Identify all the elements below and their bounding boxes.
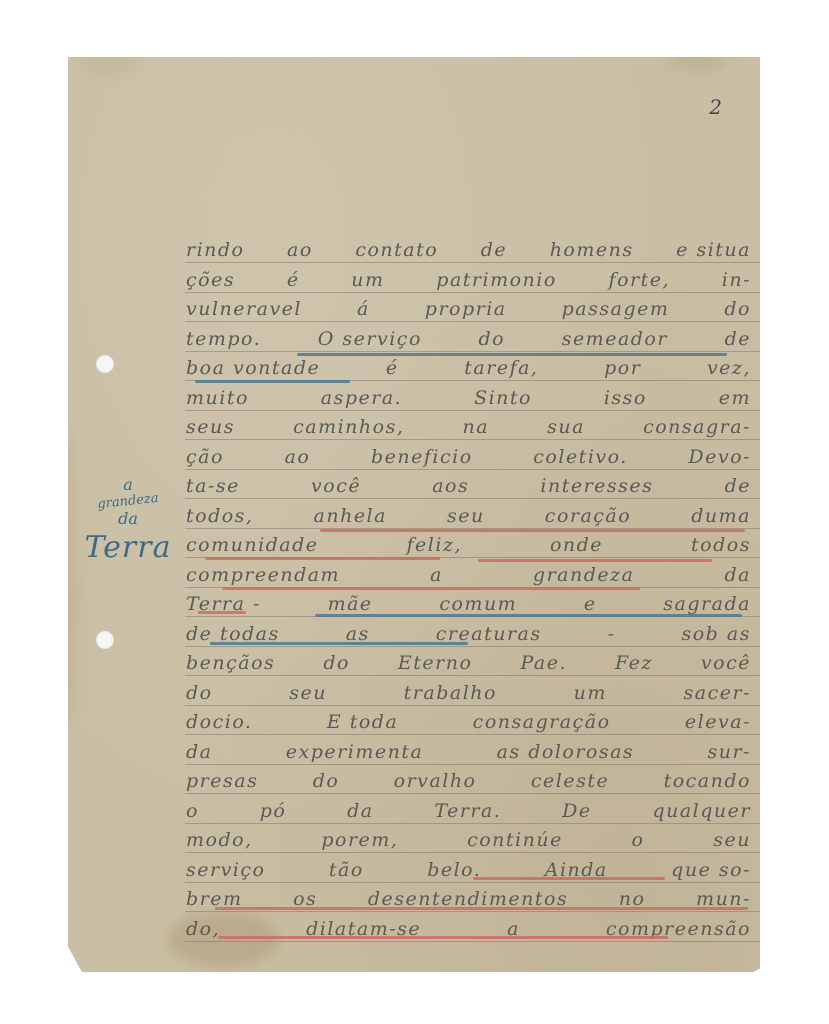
ruled-line <box>185 793 760 794</box>
manuscript-word: que so- <box>671 859 751 881</box>
age-stain <box>78 47 138 77</box>
manuscript-word: da <box>186 741 213 763</box>
manuscript-word: O serviço <box>318 328 422 350</box>
manuscript-word: muito <box>186 387 249 409</box>
manuscript-word: em <box>719 387 751 409</box>
manuscript-word: sur- <box>707 741 751 763</box>
manuscript-word: experimenta <box>286 741 424 763</box>
manuscript-word: bençãos <box>186 652 275 674</box>
manuscript-word: celeste <box>531 770 609 792</box>
manuscript-word: isso <box>604 387 647 409</box>
manuscript-word: Eterno <box>398 652 473 674</box>
punch-hole-bottom <box>96 631 114 649</box>
ruled-line <box>185 882 760 883</box>
manuscript-line: boa vontadeétarefa,porvez, <box>186 357 751 379</box>
manuscript-word: presas <box>186 770 258 792</box>
red-underline <box>215 907 748 910</box>
manuscript-line: bençãosdoEternoPae.Fezvocê <box>186 652 751 674</box>
red-underline <box>205 557 440 560</box>
manuscript-word: do <box>186 682 213 704</box>
manuscript-word: onde <box>550 534 603 556</box>
manuscript-word: tão <box>329 859 364 881</box>
ruled-line <box>185 764 760 765</box>
manuscript-word: boa vontade <box>186 357 320 379</box>
manuscript-word: um <box>574 682 607 704</box>
manuscript-word: tarefa, <box>464 357 538 379</box>
red-underline <box>198 611 246 614</box>
manuscript-line: modo,porem,continúeoseu <box>186 829 751 851</box>
manuscript-word: beneficio <box>371 446 473 468</box>
manuscript-word: é <box>386 357 399 379</box>
manuscript-word: vez, <box>707 357 751 379</box>
manuscript-word: e situa <box>676 239 751 261</box>
red-underline <box>320 529 745 532</box>
manuscript-word: De <box>562 800 591 822</box>
manuscript-word: de <box>481 239 507 261</box>
manuscript-word: patrimonio <box>436 269 557 291</box>
manuscript-word: mãe <box>328 593 373 615</box>
manuscript-word: propria <box>425 298 507 320</box>
manuscript-word: interesses <box>540 475 653 497</box>
manuscript-word: seu <box>289 682 327 704</box>
manuscript-line: opódaTerra.Dequalquer <box>186 800 751 822</box>
manuscript-word: Sinto <box>474 387 532 409</box>
manuscript-word: todos <box>691 534 751 556</box>
manuscript-word: contato <box>355 239 438 261</box>
manuscript-word: anhela <box>314 505 387 527</box>
blue-underline <box>195 380 350 383</box>
manuscript-word: passagem <box>562 298 670 320</box>
manuscript-word: seus <box>186 416 235 438</box>
red-underline <box>473 877 665 880</box>
ruled-line <box>185 646 760 647</box>
manuscript-word: do <box>724 298 751 320</box>
ruled-line <box>185 262 760 263</box>
manuscript-line: docio.E todaconsagraçãoeleva- <box>186 711 751 733</box>
ruled-line <box>185 410 760 411</box>
ruled-line <box>185 734 760 735</box>
manuscript-word: comum <box>439 593 517 615</box>
manuscript-word: coração <box>545 505 631 527</box>
manuscript-word: caminhos, <box>293 416 404 438</box>
manuscript-word: modo, <box>186 829 253 851</box>
manuscript-word: todos, <box>186 505 253 527</box>
manuscript-word: serviço <box>186 859 265 881</box>
age-stain <box>58 427 78 727</box>
manuscript-word: semeador <box>562 328 668 350</box>
manuscript-line: todos,anhelaseucoraçãoduma <box>186 505 751 527</box>
manuscript-word: consagra- <box>643 416 751 438</box>
manuscript-word: feliz, <box>407 534 462 556</box>
manuscript-line: comunidadefeliz,ondetodos <box>186 534 751 556</box>
ruled-line <box>185 321 760 322</box>
red-underline <box>218 936 668 939</box>
ruled-line <box>185 469 760 470</box>
manuscript-word: forte, <box>609 269 670 291</box>
manuscript-word: docio. <box>186 711 252 733</box>
manuscript-word: porem, <box>321 829 398 851</box>
manuscript-word: pó <box>260 800 287 822</box>
manuscript-word: homens <box>550 239 634 261</box>
manuscript-word: do <box>478 328 505 350</box>
manuscript-word: de <box>725 475 751 497</box>
manuscript-word: tocando <box>664 770 751 792</box>
margin-note: a grandeza da Terra <box>78 475 178 565</box>
manuscript-word: ções <box>186 269 235 291</box>
manuscript-word: E toda <box>327 711 398 733</box>
manuscript-word: da <box>347 800 374 822</box>
blue-underline <box>210 642 468 645</box>
manuscript-word: na <box>462 416 489 438</box>
manuscript-line: presasdoorvalhocelestetocando <box>186 770 751 792</box>
manuscript-word: Fez <box>615 652 653 674</box>
manuscript-word: ao <box>285 446 311 468</box>
manuscript-word: do <box>323 652 350 674</box>
manuscript-line: doseutrabalhoumsacer- <box>186 682 751 704</box>
manuscript-line: serviçotãobelo.Aindaque so- <box>186 859 751 881</box>
manuscript-line: rindoaocontatodehomense situa <box>186 239 751 261</box>
manuscript-word: compreendam <box>186 564 340 586</box>
punch-hole-top <box>96 355 114 373</box>
ruled-line <box>185 705 760 706</box>
manuscript-line: compreendamagrandezada <box>186 564 751 586</box>
manuscript-word: rindo <box>186 239 245 261</box>
ruled-line <box>185 675 760 676</box>
manuscript-word: um <box>351 269 384 291</box>
manuscript-word: aspera. <box>321 387 402 409</box>
manuscript-word: ao <box>287 239 313 261</box>
manuscript-word: sagrada <box>663 593 751 615</box>
manuscript-word: vulneravel <box>186 298 302 320</box>
manuscript-word: orvalho <box>394 770 477 792</box>
manuscript-word: seu <box>713 829 751 851</box>
manuscript-word: de <box>725 328 751 350</box>
manuscript-word: in- <box>722 269 751 291</box>
manuscript-word: eleva- <box>685 711 751 733</box>
manuscript-word: trabalho <box>404 682 497 704</box>
manuscript-word: tempo. <box>186 328 261 350</box>
manuscript-line: çãoaobeneficiocoletivo.Devo- <box>186 446 751 468</box>
margin-note-line: Terra <box>78 530 178 565</box>
manuscript-page: 2 a grandeza da Terra rindoaocontatodeho… <box>68 57 760 972</box>
ruled-line <box>185 498 760 499</box>
manuscript-word: á <box>357 298 370 320</box>
manuscript-word: sacer- <box>684 682 751 704</box>
manuscript-word: sua <box>547 416 585 438</box>
manuscript-word: - <box>608 623 616 645</box>
manuscript-word: sob as <box>681 623 750 645</box>
manuscript-word: do <box>313 770 340 792</box>
ruled-line <box>185 439 760 440</box>
manuscript-word: ta-se <box>186 475 240 497</box>
manuscript-word: da <box>724 564 751 586</box>
ruled-line <box>185 911 760 912</box>
ruled-line <box>185 852 760 853</box>
manuscript-word: aos <box>432 475 469 497</box>
manuscript-word: coletivo. <box>533 446 628 468</box>
manuscript-line: daexperimentaas dolorosassur- <box>186 741 751 763</box>
ruled-line <box>185 941 760 942</box>
manuscript-line: vulneravelápropriapassagemdo <box>186 298 751 320</box>
red-underline <box>478 559 712 562</box>
manuscript-word: continúe <box>467 829 563 851</box>
manuscript-word: você <box>701 652 751 674</box>
manuscript-word: grandeza <box>533 564 635 586</box>
manuscript-word: o <box>632 829 645 851</box>
manuscript-line: ta-sevocêaosinteressesde <box>186 475 751 497</box>
manuscript-word: você <box>311 475 361 497</box>
manuscript-word: ção <box>186 446 224 468</box>
ruled-line <box>185 351 760 352</box>
manuscript-word: do, <box>186 918 220 940</box>
age-stain <box>668 49 728 71</box>
manuscript-line: tempo.O serviçodosemeadorde <box>186 328 751 350</box>
manuscript-word: consagração <box>473 711 611 733</box>
red-underline <box>222 587 640 590</box>
manuscript-word: é <box>287 269 300 291</box>
manuscript-line: seuscaminhos,nasuaconsagra- <box>186 416 751 438</box>
ruled-line <box>185 823 760 824</box>
manuscript-word: seu <box>447 505 485 527</box>
manuscript-word: o <box>186 800 199 822</box>
manuscript-word: Devo- <box>688 446 751 468</box>
blue-underline <box>315 614 742 617</box>
manuscript-word: as dolorosas <box>497 741 635 763</box>
page-number: 2 <box>709 95 722 119</box>
ruled-line <box>185 292 760 293</box>
manuscript-word: a <box>430 564 443 586</box>
manuscript-line: çõeséumpatrimonioforte,in- <box>186 269 751 291</box>
manuscript-line: Terra -mãecomumesagrada <box>186 593 751 615</box>
manuscript-word: Terra. <box>434 800 501 822</box>
blue-underline <box>297 353 727 356</box>
manuscript-word: duma <box>691 505 751 527</box>
manuscript-line: muitoaspera.Sintoissoem <box>186 387 751 409</box>
manuscript-word: Pae. <box>520 652 567 674</box>
manuscript-word: comunidade <box>186 534 319 556</box>
manuscript-word: por <box>604 357 641 379</box>
manuscript-word: qualquer <box>652 800 751 822</box>
manuscript-word: e <box>584 593 597 615</box>
